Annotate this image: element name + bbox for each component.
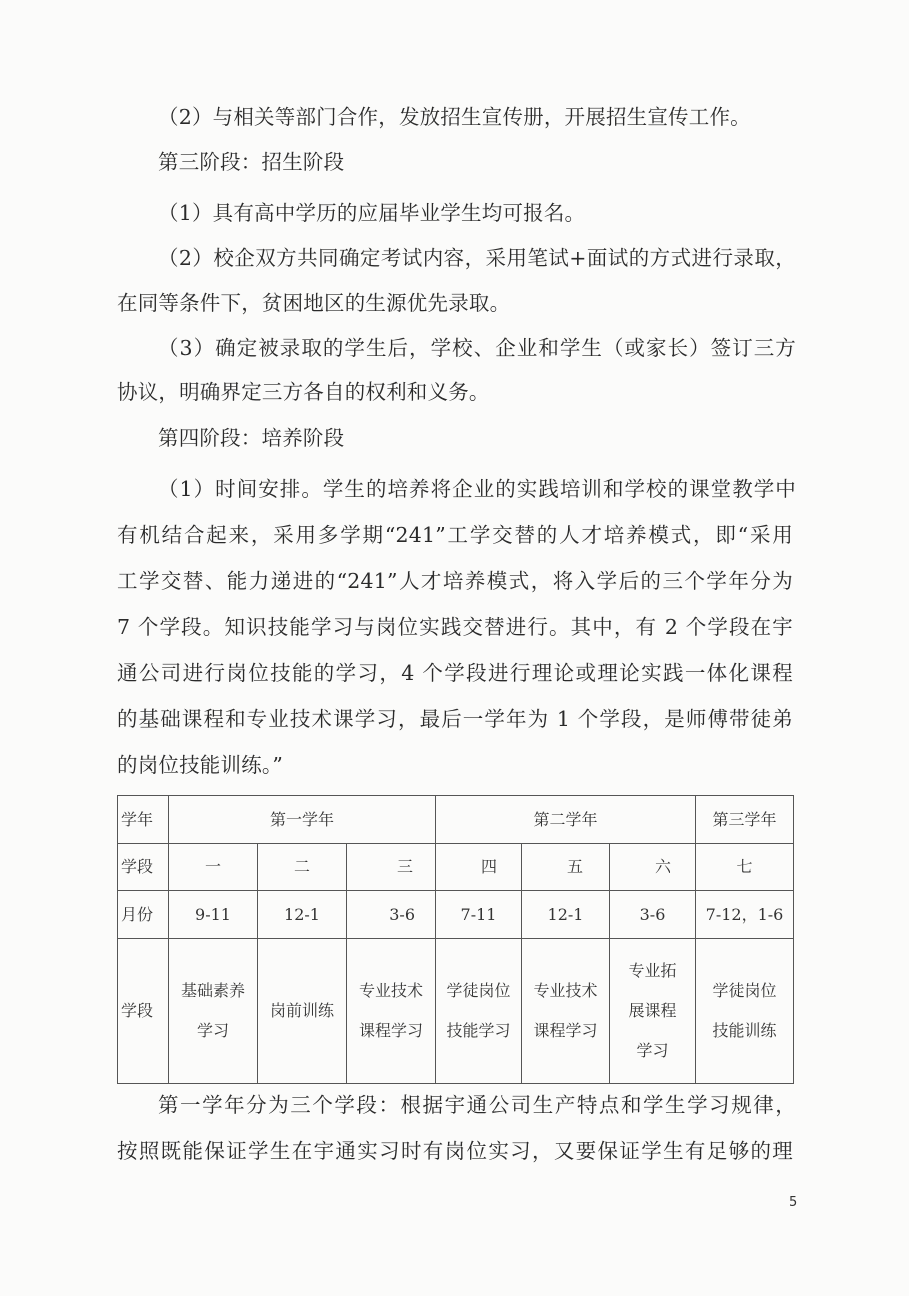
table-row-segment: 学段 一 二 三 四 五 六 七 xyxy=(118,844,794,891)
cell-content-2: 岗前训练 xyxy=(258,939,347,1084)
training-schedule-table: 学年 第一学年 第二学年 第三学年 学段 一 二 三 四 五 六 七 月份 9-… xyxy=(117,795,794,1084)
paragraph-schedule-line5: 通公司进行岗位技能的学习，4 个学段进行理论或理论实践一体化课程 xyxy=(117,659,793,687)
cell-months-3: 3-6 xyxy=(347,891,436,939)
paragraph-enrollment-item-3-line2: 协议，明确界定三方各自的权利和义务。 xyxy=(117,378,490,406)
cell-content-6: 专业拓 展课程 学习 xyxy=(610,939,696,1084)
paragraph-enrollment-item-2-line2: 在同等条件下，贫困地区的生源优先录取。 xyxy=(117,289,510,317)
cell-content-5: 专业技术 课程学习 xyxy=(522,939,610,1084)
cell-segment-1: 一 xyxy=(169,844,258,891)
cell-segment-7: 七 xyxy=(696,844,794,891)
paragraph-schedule-line2: 有机结合起来，采用多学期“241”工学交替的人才培养模式，即“采用 xyxy=(117,521,793,549)
paragraph-enrollment-item-2-line1: （2）校企双方共同确定考试内容，采用笔试+面试的方式进行录取， xyxy=(158,244,796,272)
cell-year-2: 第二学年 xyxy=(436,796,696,844)
paragraph-first-year-line2: 按照既能保证学生在宇通实习时有岗位实习，又要保证学生有足够的理 xyxy=(117,1137,793,1165)
row-header-months: 月份 xyxy=(118,891,169,939)
table-row-content: 学段 基础素养 学习 岗前训练 专业技术 课程学习 学徒岗位 技能学习 专业技术… xyxy=(118,939,794,1084)
cell-year-1: 第一学年 xyxy=(169,796,436,844)
paragraph-schedule-line4: 7 个学段。知识技能学习与岗位实践交替进行。其中，有 2 个学段在宇 xyxy=(117,613,793,641)
cell-segment-6: 六 xyxy=(610,844,696,891)
document-page: （2）与相关等部门合作，发放招生宣传册，开展招生宣传工作。 第三阶段：招生阶段 … xyxy=(0,0,909,1296)
row-header-segment: 学段 xyxy=(118,844,169,891)
cell-segment-5: 五 xyxy=(522,844,610,891)
cell-segment-2: 二 xyxy=(258,844,347,891)
page-number: 5 xyxy=(789,1195,797,1210)
cell-content-3: 专业技术 课程学习 xyxy=(347,939,436,1084)
cell-months-5: 12-1 xyxy=(522,891,610,939)
cell-months-6: 3-6 xyxy=(610,891,696,939)
table-row-year: 学年 第一学年 第二学年 第三学年 xyxy=(118,796,794,844)
cell-year-3: 第三学年 xyxy=(696,796,794,844)
paragraph-first-year-line1: 第一学年分为三个学段：根据宇通公司生产特点和学生学习规律， xyxy=(158,1091,796,1119)
cell-months-1: 9-11 xyxy=(169,891,258,939)
paragraph-promotion-item-2: （2）与相关等部门合作，发放招生宣传册，开展招生宣传工作。 xyxy=(158,103,751,131)
cell-segment-4: 四 xyxy=(436,844,522,891)
heading-stage-four: 第四阶段：培养阶段 xyxy=(158,424,344,452)
cell-months-7: 7-12，1-6 xyxy=(696,891,794,939)
row-header-content: 学段 xyxy=(118,939,169,1084)
row-header-year: 学年 xyxy=(118,796,169,844)
cell-months-4: 7-11 xyxy=(436,891,522,939)
table-row-months: 月份 9-11 12-1 3-6 7-11 12-1 3-6 7-12，1-6 xyxy=(118,891,794,939)
paragraph-schedule-line7: 的岗位技能训练。” xyxy=(117,751,283,779)
paragraph-enrollment-item-3-line1: （3）确定被录取的学生后，学校、企业和学生（或家长）签订三方 xyxy=(158,334,796,362)
paragraph-schedule-line1: （1）时间安排。学生的培养将企业的实践培训和学校的课堂教学中 xyxy=(158,475,796,503)
cell-months-2: 12-1 xyxy=(258,891,347,939)
cell-content-4: 学徒岗位 技能学习 xyxy=(436,939,522,1084)
paragraph-schedule-line3: 工学交替、能力递进的“241”人才培养模式，将入学后的三个学年分为 xyxy=(117,567,793,595)
paragraph-enrollment-item-1: （1）具有高中学历的应届毕业学生均可报名。 xyxy=(158,199,585,227)
cell-content-1: 基础素养 学习 xyxy=(169,939,258,1084)
cell-content-7: 学徒岗位 技能训练 xyxy=(696,939,794,1084)
cell-segment-3: 三 xyxy=(347,844,436,891)
paragraph-schedule-line6: 的基础课程和专业技术课学习，最后一学年为 1 个学段，是师傅带徒弟 xyxy=(117,705,793,733)
heading-stage-three: 第三阶段：招生阶段 xyxy=(158,148,344,176)
